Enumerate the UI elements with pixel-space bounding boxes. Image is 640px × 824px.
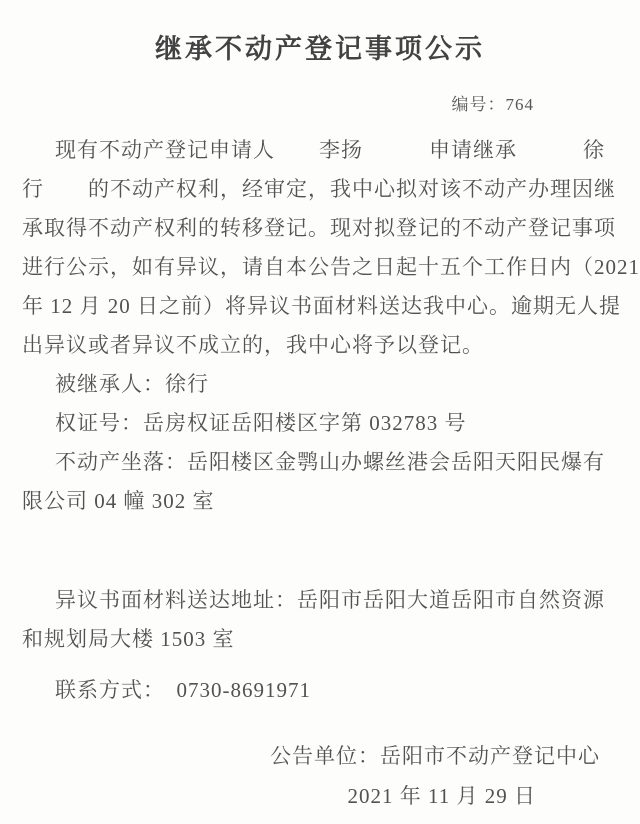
paragraph-line: 行 的不动产权利，经审定，我中心拟对该不动产办理因继	[22, 170, 622, 209]
notice-footer: 公告单位：岳阳市不动产登记中心 2021 年 11 月 29 日	[0, 736, 640, 816]
doc-number: 编号：764	[0, 90, 640, 115]
contact-field: 联系方式： 0730-8691971	[22, 671, 622, 710]
notice-body: 现有不动产登记申请人 李扬 申请继承 徐 行 的不动产权利，经审定，我中心拟对该…	[22, 131, 622, 710]
certificate-number-field: 权证号：岳房权证岳阳楼区字第 032783 号	[22, 404, 622, 443]
issue-date: 2021 年 11 月 29 日	[0, 776, 640, 816]
blank-gap	[22, 521, 622, 581]
paragraph-line: 现有不动产登记申请人 李扬 申请继承 徐	[22, 131, 622, 170]
property-location-field: 不动产坐落：岳阳楼区金鹗山办螺丝港会岳阳天阳民爆有	[22, 443, 622, 482]
decedent-field: 被继承人：徐行	[22, 365, 622, 404]
blank-gap	[22, 659, 622, 671]
paragraph-line: 进行公示，如有异议，请自本公告之日起十五个工作日内（2021	[22, 248, 622, 287]
paragraph-line: 年 12 月 20 日之前）将异议书面材料送达我中心。逾期无人提	[22, 287, 622, 326]
notice-document: 继承不动产登记事项公示 编号：764 现有不动产登记申请人 李扬 申请继承 徐 …	[0, 0, 640, 824]
objection-address-field-cont: 和规划局大楼 1503 室	[22, 620, 622, 659]
objection-address-field: 异议书面材料送达地址：岳阳市岳阳大道岳阳市自然资源	[22, 581, 622, 620]
property-location-field-cont: 限公司 04 幢 302 室	[22, 482, 622, 521]
paragraph-line: 承取得不动产权利的转移登记。现对拟登记的不动产登记事项	[22, 209, 622, 248]
issuer: 公告单位：岳阳市不动产登记中心	[0, 736, 640, 776]
notice-title: 继承不动产登记事项公示	[0, 0, 640, 66]
paragraph-line: 出异议或者异议不成立的，我中心将予以登记。	[22, 326, 622, 365]
